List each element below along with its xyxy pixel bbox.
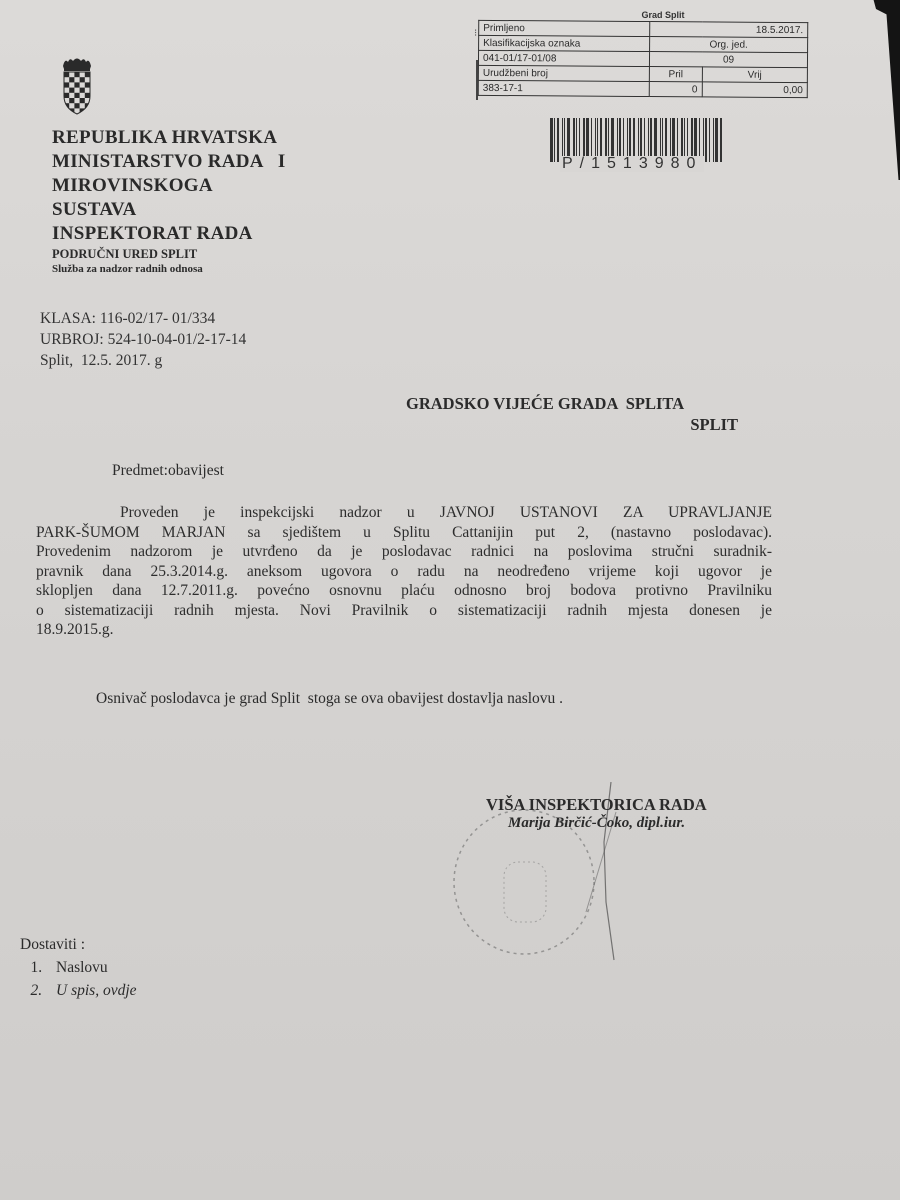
barcode-number: P/1513980 bbox=[560, 156, 704, 172]
body-line: sklopljen dana 12.7.2011.g. povećno osno… bbox=[36, 581, 772, 601]
letterhead-line: SUSTAVA bbox=[52, 198, 286, 222]
signer-name: Marija Birčić-Čoko, dipl.iur. bbox=[508, 815, 707, 832]
staple-mark-icon: ⁝ bbox=[474, 28, 477, 39]
regional-office: PODRUČNI URED SPLIT bbox=[52, 247, 286, 262]
stamp-vrij-value: 0,00 bbox=[702, 82, 807, 98]
recipient: GRADSKO VIJEĆE GRADA SPLITA SPLIT bbox=[406, 393, 738, 435]
klasa: KLASA: 116-02/17- 01/334 bbox=[40, 308, 246, 329]
body-line: Proveden je inspekcijski nadzor u JAVNOJ… bbox=[36, 503, 772, 523]
stamp-label: 041-01/17-01/08 bbox=[478, 50, 649, 66]
recipient-city: SPLIT bbox=[406, 414, 738, 435]
croatian-coat-of-arms-icon bbox=[62, 56, 92, 124]
service-name: Služba za nadzor radnih odnosa bbox=[52, 263, 286, 275]
reception-stamp: Grad Split Primljeno 18.5.2017. Klasifik… bbox=[478, 10, 808, 97]
body-line: PARK-ŠUMOM MARJAN sa sjedištem u Splitu … bbox=[36, 523, 772, 543]
stamp-pril-value: 0 bbox=[649, 82, 702, 97]
delivery-item: Naslovu bbox=[46, 956, 137, 979]
letterhead-line: MINISTARSTVO RADA I bbox=[52, 150, 286, 174]
document-page: ⁝ Grad Split Primljeno 18.5.2017. Klasif… bbox=[0, 0, 900, 1200]
body-line: 18.9.2015.g. bbox=[36, 620, 772, 640]
closing-sentence: Osnivač poslodavca je grad Split stoga s… bbox=[96, 690, 563, 708]
letterhead: REPUBLIKA HRVATSKA MINISTARSTVO RADA I M… bbox=[52, 126, 286, 275]
letterhead-line: MIROVINSKOGA bbox=[52, 174, 286, 198]
delivery-item: U spis, ovdje bbox=[46, 979, 137, 1002]
stamp-label: Primljeno bbox=[479, 20, 650, 36]
stamp-label: Klasifikacijska oznaka bbox=[479, 35, 650, 51]
stamp-title: Grad Split bbox=[478, 10, 808, 20]
subject-line: Predmet:obavijest bbox=[112, 462, 224, 480]
body-line: o sistematizaciji radnih mjesta. Novi Pr… bbox=[36, 601, 772, 621]
letterhead-line: REPUBLIKA HRVATSKA bbox=[52, 126, 286, 150]
delivery-label: Dostaviti : bbox=[20, 933, 137, 956]
signer-title: VIŠA INSPEKTORICA RADA bbox=[486, 795, 707, 815]
body-text: Proveden je inspekcijski nadzor u JAVNOJ… bbox=[36, 503, 772, 640]
stamp-value: 18.5.2017. bbox=[650, 22, 808, 38]
place-date: Split, 12.5. 2017. g bbox=[40, 350, 246, 371]
stamp-label: Urudžbeni broj bbox=[478, 65, 649, 81]
stamp-vrij-label: Vrij bbox=[702, 67, 807, 83]
body-line: Provedenim nadzorom je utvrđeno da je po… bbox=[36, 542, 772, 562]
stamp-value: Org. jed. bbox=[650, 37, 808, 53]
barcode: P/1513980 bbox=[550, 118, 725, 174]
letterhead-line: INSPEKTORAT RADA bbox=[52, 222, 286, 246]
recipient-name: GRADSKO VIJEĆE GRADA SPLITA bbox=[406, 393, 738, 414]
stamp-label: 383-17-1 bbox=[478, 80, 649, 96]
background-edge bbox=[870, 0, 900, 180]
urbroj: URBROJ: 524-10-04-01/2-17-14 bbox=[40, 329, 246, 350]
stamp-value: 09 bbox=[650, 52, 808, 68]
signature-block: VIŠA INSPEKTORICA RADA Marija Birčić-Čok… bbox=[486, 795, 707, 832]
body-line: pravnik dana 25.3.2014.g. aneksom ugovor… bbox=[36, 562, 772, 582]
stamp-row: 383-17-1 0 0,00 bbox=[478, 80, 807, 97]
stamp-table: Primljeno 18.5.2017. Klasifikacijska ozn… bbox=[478, 20, 809, 98]
delivery-list: Dostaviti : Naslovu U spis, ovdje bbox=[20, 933, 137, 1002]
reference-block: KLASA: 116-02/17- 01/334 URBROJ: 524-10-… bbox=[40, 308, 246, 371]
stamp-pril-label: Pril bbox=[649, 67, 702, 82]
